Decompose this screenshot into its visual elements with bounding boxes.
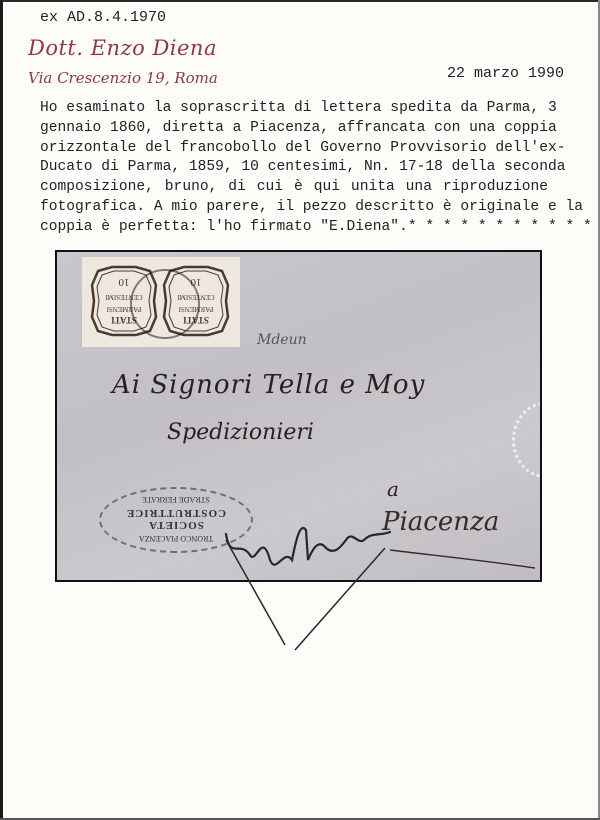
embossed-seal xyxy=(512,402,542,478)
railway-cachet: TRONCO PIACENZA SOCIETA COSTRUTTRICE STR… xyxy=(99,487,253,553)
svg-text:10: 10 xyxy=(118,276,130,288)
postmark-circle xyxy=(130,269,200,339)
body-line: fotografica. A mio parere, il pezzo desc… xyxy=(40,198,548,218)
body-line: orizzontale del francobollo del Governo … xyxy=(40,139,548,159)
pencil-note: Mdeun xyxy=(257,332,307,348)
letterhead-address: Via Crescenzio 19, Roma xyxy=(28,69,218,87)
address-line-addressee: Ai Signori Tella e Moy xyxy=(112,370,425,400)
certificate-body: Ho esaminato la soprascritta di lettera … xyxy=(40,99,548,238)
certificate-date: 22 marzo 1990 xyxy=(447,65,564,82)
reference-number: ex AD.8.4.1970 xyxy=(40,9,166,26)
address-line-city: Piacenza xyxy=(382,507,499,537)
address-line-preposition: a xyxy=(387,477,399,501)
stamp-pair: 10 CENTESIMI PARMENSI STATI 10 CENTESIMI… xyxy=(82,257,240,347)
address-line-title: Spedizionieri xyxy=(167,420,314,445)
cover-photograph: 10 CENTESIMI PARMENSI STATI 10 CENTESIMI… xyxy=(55,250,542,582)
body-line: Ho esaminato la soprascritta di lettera … xyxy=(40,99,548,119)
body-line: gennaio 1860, diretta a Piacenza, affran… xyxy=(40,119,548,139)
body-line: Ducato di Parma, 1859, 10 centesimi, Nn.… xyxy=(40,158,548,178)
letterhead-name: Dott. Enzo Diena xyxy=(28,36,217,60)
scan-edge-top xyxy=(0,0,600,2)
body-line: composizione, bruno, di cui è qui unita … xyxy=(40,178,548,198)
body-line: coppia è perfetta: l'ho firmato "E.Diena… xyxy=(40,218,548,238)
scan-edge-left xyxy=(0,0,3,820)
